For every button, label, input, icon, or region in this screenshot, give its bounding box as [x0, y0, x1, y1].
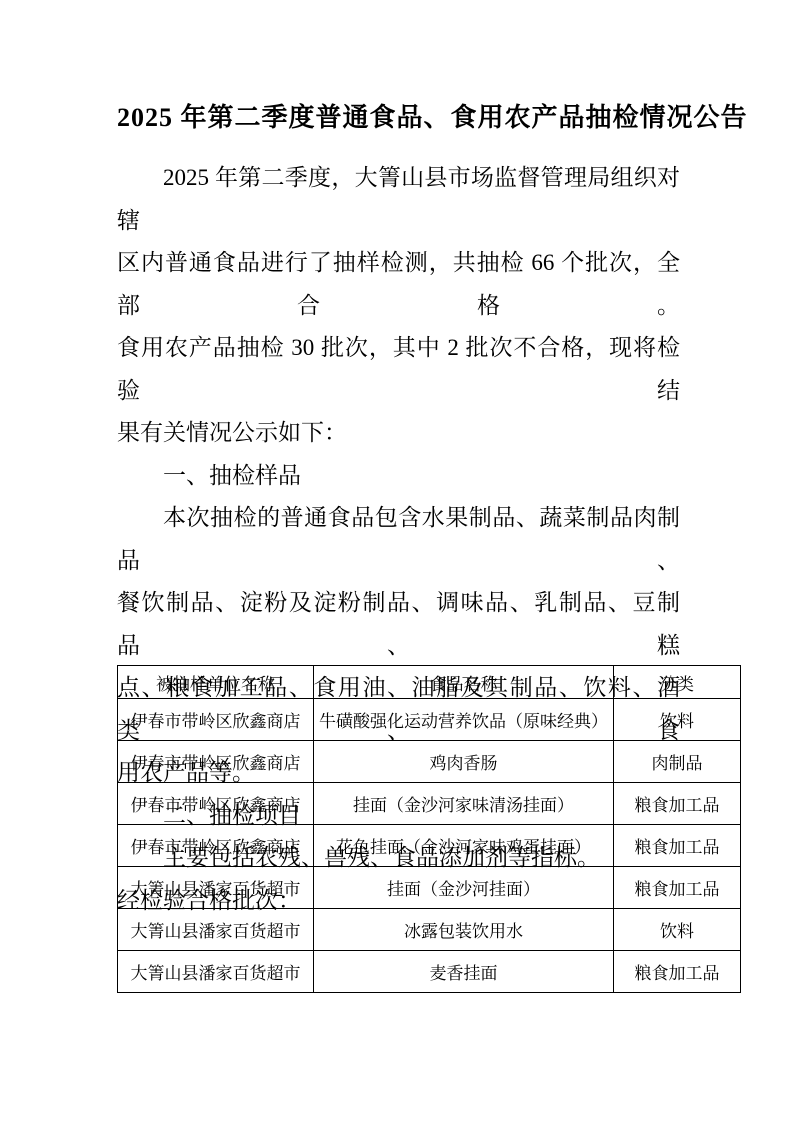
- table-cell: 鸡肉香肠: [314, 741, 614, 783]
- table-cell: 粮食加工品: [614, 867, 741, 909]
- table-cell: 挂面（金沙河挂面）: [314, 867, 614, 909]
- inspection-results-table: 被抽样单位名称食品名称分类 伊春市带岭区欣鑫商店牛磺酸强化运动营养饮品（原味经典…: [117, 665, 741, 993]
- table-row: 大箐山县潘家百货超市麦香挂面粮食加工品: [118, 951, 741, 993]
- table-header-cell: 被抽样单位名称: [118, 666, 314, 699]
- table-cell: 饮料: [614, 909, 741, 951]
- table-cell: 花色挂面（金沙河家味鸡蛋挂面）: [314, 825, 614, 867]
- table-cell: 伊春市带岭区欣鑫商店: [118, 825, 314, 867]
- document-page: 2025 年第二季度普通食品、食用农产品抽检情况公告 2025 年第二季度，大箐…: [0, 0, 793, 1122]
- table-cell: 牛磺酸强化运动营养饮品（原味经典）: [314, 699, 614, 741]
- table-cell: 粮食加工品: [614, 951, 741, 993]
- table-cell: 大箐山县潘家百货超市: [118, 867, 314, 909]
- paragraph-line: 果有关情况公示如下：: [117, 412, 680, 455]
- table-cell: 粮食加工品: [614, 825, 741, 867]
- document-title: 2025 年第二季度普通食品、食用农产品抽检情况公告: [117, 100, 680, 136]
- paragraph-line: 食用农产品抽检 30 批次，其中 2 批次不合格，现将检验结: [117, 327, 680, 412]
- table-cell: 挂面（金沙河家味清汤挂面）: [314, 783, 614, 825]
- paragraph-line: 一、抽检样品: [117, 455, 680, 498]
- table-header-row: 被抽样单位名称食品名称分类: [118, 666, 741, 699]
- paragraph-line: 2025 年第二季度，大箐山县市场监督管理局组织对辖: [117, 157, 680, 242]
- table-row: 伊春市带岭区欣鑫商店牛磺酸强化运动营养饮品（原味经典）饮料: [118, 699, 741, 741]
- table-cell: 肉制品: [614, 741, 741, 783]
- table-cell: 伊春市带岭区欣鑫商店: [118, 699, 314, 741]
- table-row: 伊春市带岭区欣鑫商店挂面（金沙河家味清汤挂面）粮食加工品: [118, 783, 741, 825]
- table-header-cell: 分类: [614, 666, 741, 699]
- table-cell: 伊春市带岭区欣鑫商店: [118, 783, 314, 825]
- table-cell: 粮食加工品: [614, 783, 741, 825]
- table-row: 大箐山县潘家百货超市冰露包装饮用水饮料: [118, 909, 741, 951]
- table-cell: 伊春市带岭区欣鑫商店: [118, 741, 314, 783]
- table-header-cell: 食品名称: [314, 666, 614, 699]
- table-cell: 麦香挂面: [314, 951, 614, 993]
- table-body: 伊春市带岭区欣鑫商店牛磺酸强化运动营养饮品（原味经典）饮料伊春市带岭区欣鑫商店鸡…: [118, 699, 741, 993]
- paragraph-line: 区内普通食品进行了抽样检测，共抽检 66 个批次，全部合格。: [117, 242, 680, 327]
- table-cell: 大箐山县潘家百货超市: [118, 951, 314, 993]
- table-cell: 冰露包装饮用水: [314, 909, 614, 951]
- table-cell: 饮料: [614, 699, 741, 741]
- paragraph-line: 本次抽检的普通食品包含水果制品、蔬菜制品肉制品、: [117, 497, 680, 582]
- paragraph-line: 餐饮制品、淀粉及淀粉制品、调味品、乳制品、豆制品、糕: [117, 582, 680, 667]
- table-header: 被抽样单位名称食品名称分类: [118, 666, 741, 699]
- table-row: 伊春市带岭区欣鑫商店鸡肉香肠肉制品: [118, 741, 741, 783]
- table-row: 伊春市带岭区欣鑫商店花色挂面（金沙河家味鸡蛋挂面）粮食加工品: [118, 825, 741, 867]
- table-cell: 大箐山县潘家百货超市: [118, 909, 314, 951]
- table-row: 大箐山县潘家百货超市挂面（金沙河挂面）粮食加工品: [118, 867, 741, 909]
